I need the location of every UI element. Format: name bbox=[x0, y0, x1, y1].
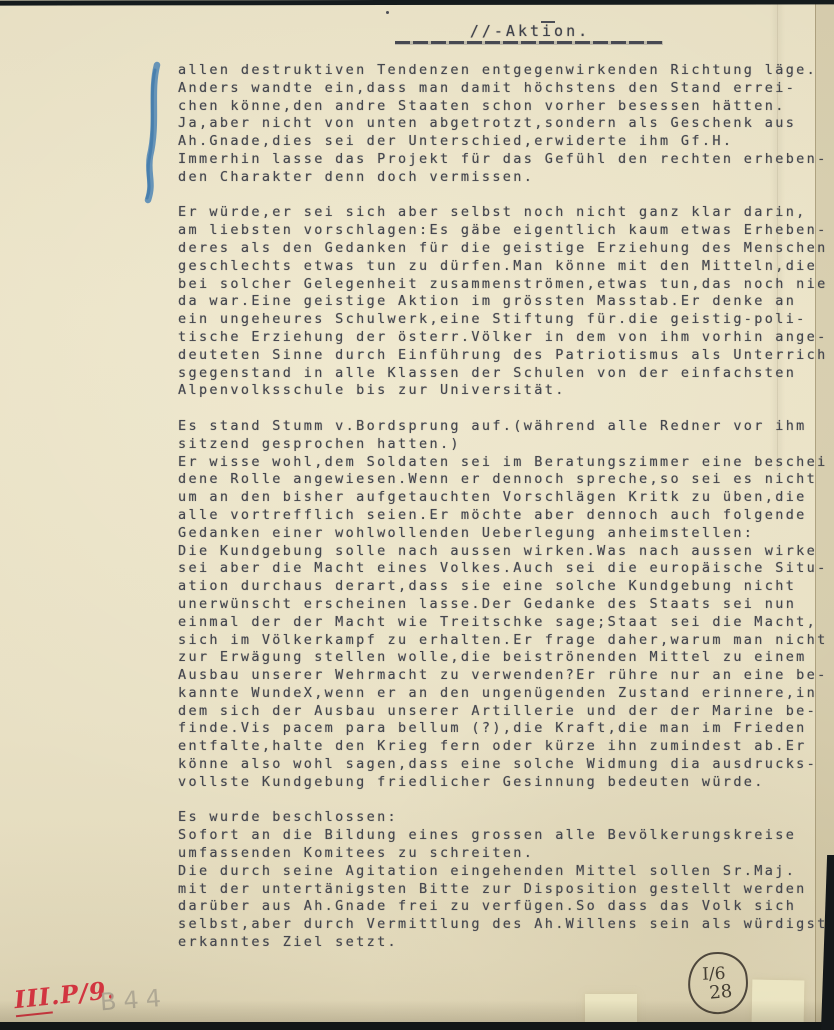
page-title: //-Aktion. bbox=[470, 14, 590, 40]
paragraph: Er würde,er sei sich aber selbst noch ni… bbox=[178, 204, 834, 400]
paragraph: allen destruktiven Tendenzen entgegenwir… bbox=[178, 62, 834, 187]
paragraph: Es stand Stumm v.Bordsprung auf.(während… bbox=[178, 418, 834, 792]
blue-crayon-mark bbox=[134, 60, 174, 214]
title-block: //-Aktion. bbox=[395, 14, 665, 44]
scanned-typescript-page: //-Aktion. allen destruktiven Tendenzen … bbox=[0, 0, 834, 1030]
typescript-body: allen destruktiven Tendenzen entgegenwir… bbox=[178, 62, 834, 952]
title-underline bbox=[395, 41, 663, 44]
paragraph: Es wurde beschlossen: Sofort an die Bild… bbox=[178, 809, 834, 951]
scan-edge-top bbox=[0, 0, 834, 6]
stray-ink-dot bbox=[386, 11, 389, 14]
scan-edge-bottom bbox=[0, 1022, 834, 1030]
scan-edge-bottom-shadow bbox=[0, 1000, 834, 1022]
